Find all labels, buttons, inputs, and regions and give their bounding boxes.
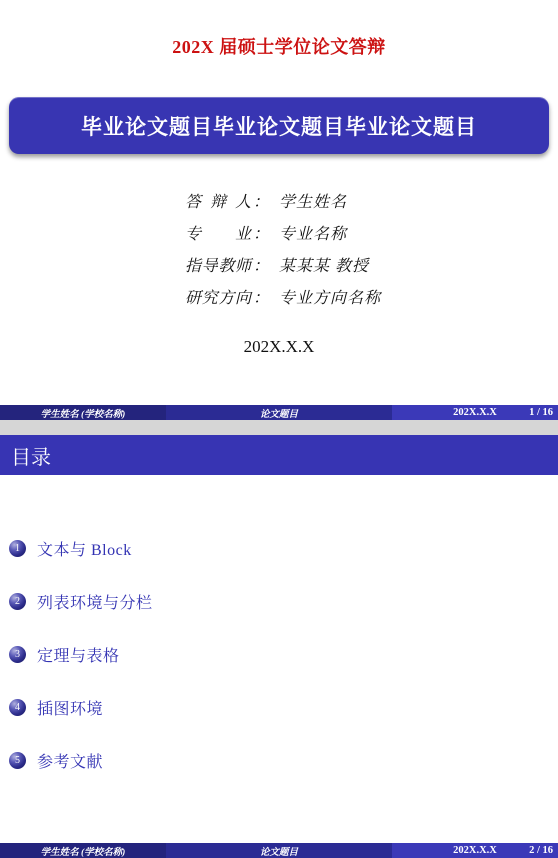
toc-item-label: 列表环境与分栏	[37, 590, 153, 613]
slide-separator	[0, 420, 558, 435]
page-indicator: 2 / 16	[525, 843, 553, 858]
defense-heading: 202X 届硕士学位论文答辩	[0, 33, 558, 59]
info-row-presenter: 答辩人：学生姓名	[185, 184, 381, 216]
direction-value: 专业方向名称	[279, 285, 381, 308]
footer-right-segment: 202X.X.X 1 / 16	[392, 405, 558, 420]
colon: ：	[253, 285, 269, 308]
thesis-title: 毕业论文题目毕业论文题目毕业论文题目	[81, 111, 477, 141]
info-row-advisor: 指导教师：某某某 教授	[185, 248, 381, 280]
footline: 学生姓名 (学校名称) 论文题目 202X.X.X 2 / 16	[0, 843, 558, 858]
toc-item-references[interactable]: 5 参考文献	[9, 734, 549, 787]
toc-item-text-block[interactable]: 1 文本与 Block	[9, 522, 549, 575]
defense-date: 202X.X.X	[0, 337, 558, 357]
major-value: 专业名称	[279, 221, 347, 244]
toc-item-label: 定理与表格	[37, 643, 120, 666]
toc-item-label: 参考文献	[37, 749, 103, 772]
frame-title-bar: 目录	[0, 435, 558, 475]
footer-right-segment: 202X.X.X 2 / 16	[392, 843, 558, 858]
toc-item-label: 插图环境	[37, 696, 103, 719]
section-number-ball-icon: 5	[9, 752, 26, 769]
table-of-contents: 1 文本与 Block 2 列表环境与分栏 3 定理与表格 4 插图环境 5 参…	[9, 475, 549, 787]
colon: ：	[253, 253, 269, 276]
section-number-ball-icon: 2	[9, 593, 26, 610]
direction-label: 研究方向	[185, 285, 251, 308]
footer-author: 学生姓名 (学校名称)	[0, 843, 166, 858]
toc-item-label: 文本与 Block	[37, 537, 132, 560]
section-number-ball-icon: 4	[9, 699, 26, 716]
info-row-major: 专业：专业名称	[185, 216, 381, 248]
presenter-value: 学生姓名	[279, 189, 347, 212]
colon: ：	[253, 221, 269, 244]
section-number-ball-icon: 3	[9, 646, 26, 663]
toc-item-lists-columns[interactable]: 2 列表环境与分栏	[9, 575, 549, 628]
toc-item-theorem-table[interactable]: 3 定理与表格	[9, 628, 549, 681]
advisor-value: 某某某 教授	[279, 253, 369, 276]
info-row-direction: 研究方向：专业方向名称	[185, 280, 381, 312]
advisor-label: 指导教师	[185, 253, 251, 276]
major-label: 专业	[185, 221, 251, 244]
thesis-title-box: 毕业论文题目毕业论文题目毕业论文题目	[9, 97, 549, 154]
presenter-label: 答辩人	[185, 189, 251, 212]
footline: 学生姓名 (学校名称) 论文题目 202X.X.X 1 / 16	[0, 405, 558, 420]
author-info-block: 答辩人：学生姓名 专业：专业名称 指导教师：某某某 教授 研究方向：专业方向名称	[185, 184, 381, 312]
footer-thesis-title: 论文题目	[166, 405, 392, 420]
footer-thesis-title: 论文题目	[166, 843, 392, 858]
page-indicator: 1 / 16	[525, 405, 553, 420]
title-slide: 202X 届硕士学位论文答辩 毕业论文题目毕业论文题目毕业论文题目 答辩人：学生…	[0, 0, 558, 420]
footer-author: 学生姓名 (学校名称)	[0, 405, 166, 420]
frame-title: 目录	[11, 441, 51, 470]
toc-slide: 目录 1 文本与 Block 2 列表环境与分栏 3 定理与表格 4 插图环境 …	[0, 435, 558, 858]
colon: ：	[253, 189, 269, 212]
section-number-ball-icon: 1	[9, 540, 26, 557]
toc-item-figures[interactable]: 4 插图环境	[9, 681, 549, 734]
